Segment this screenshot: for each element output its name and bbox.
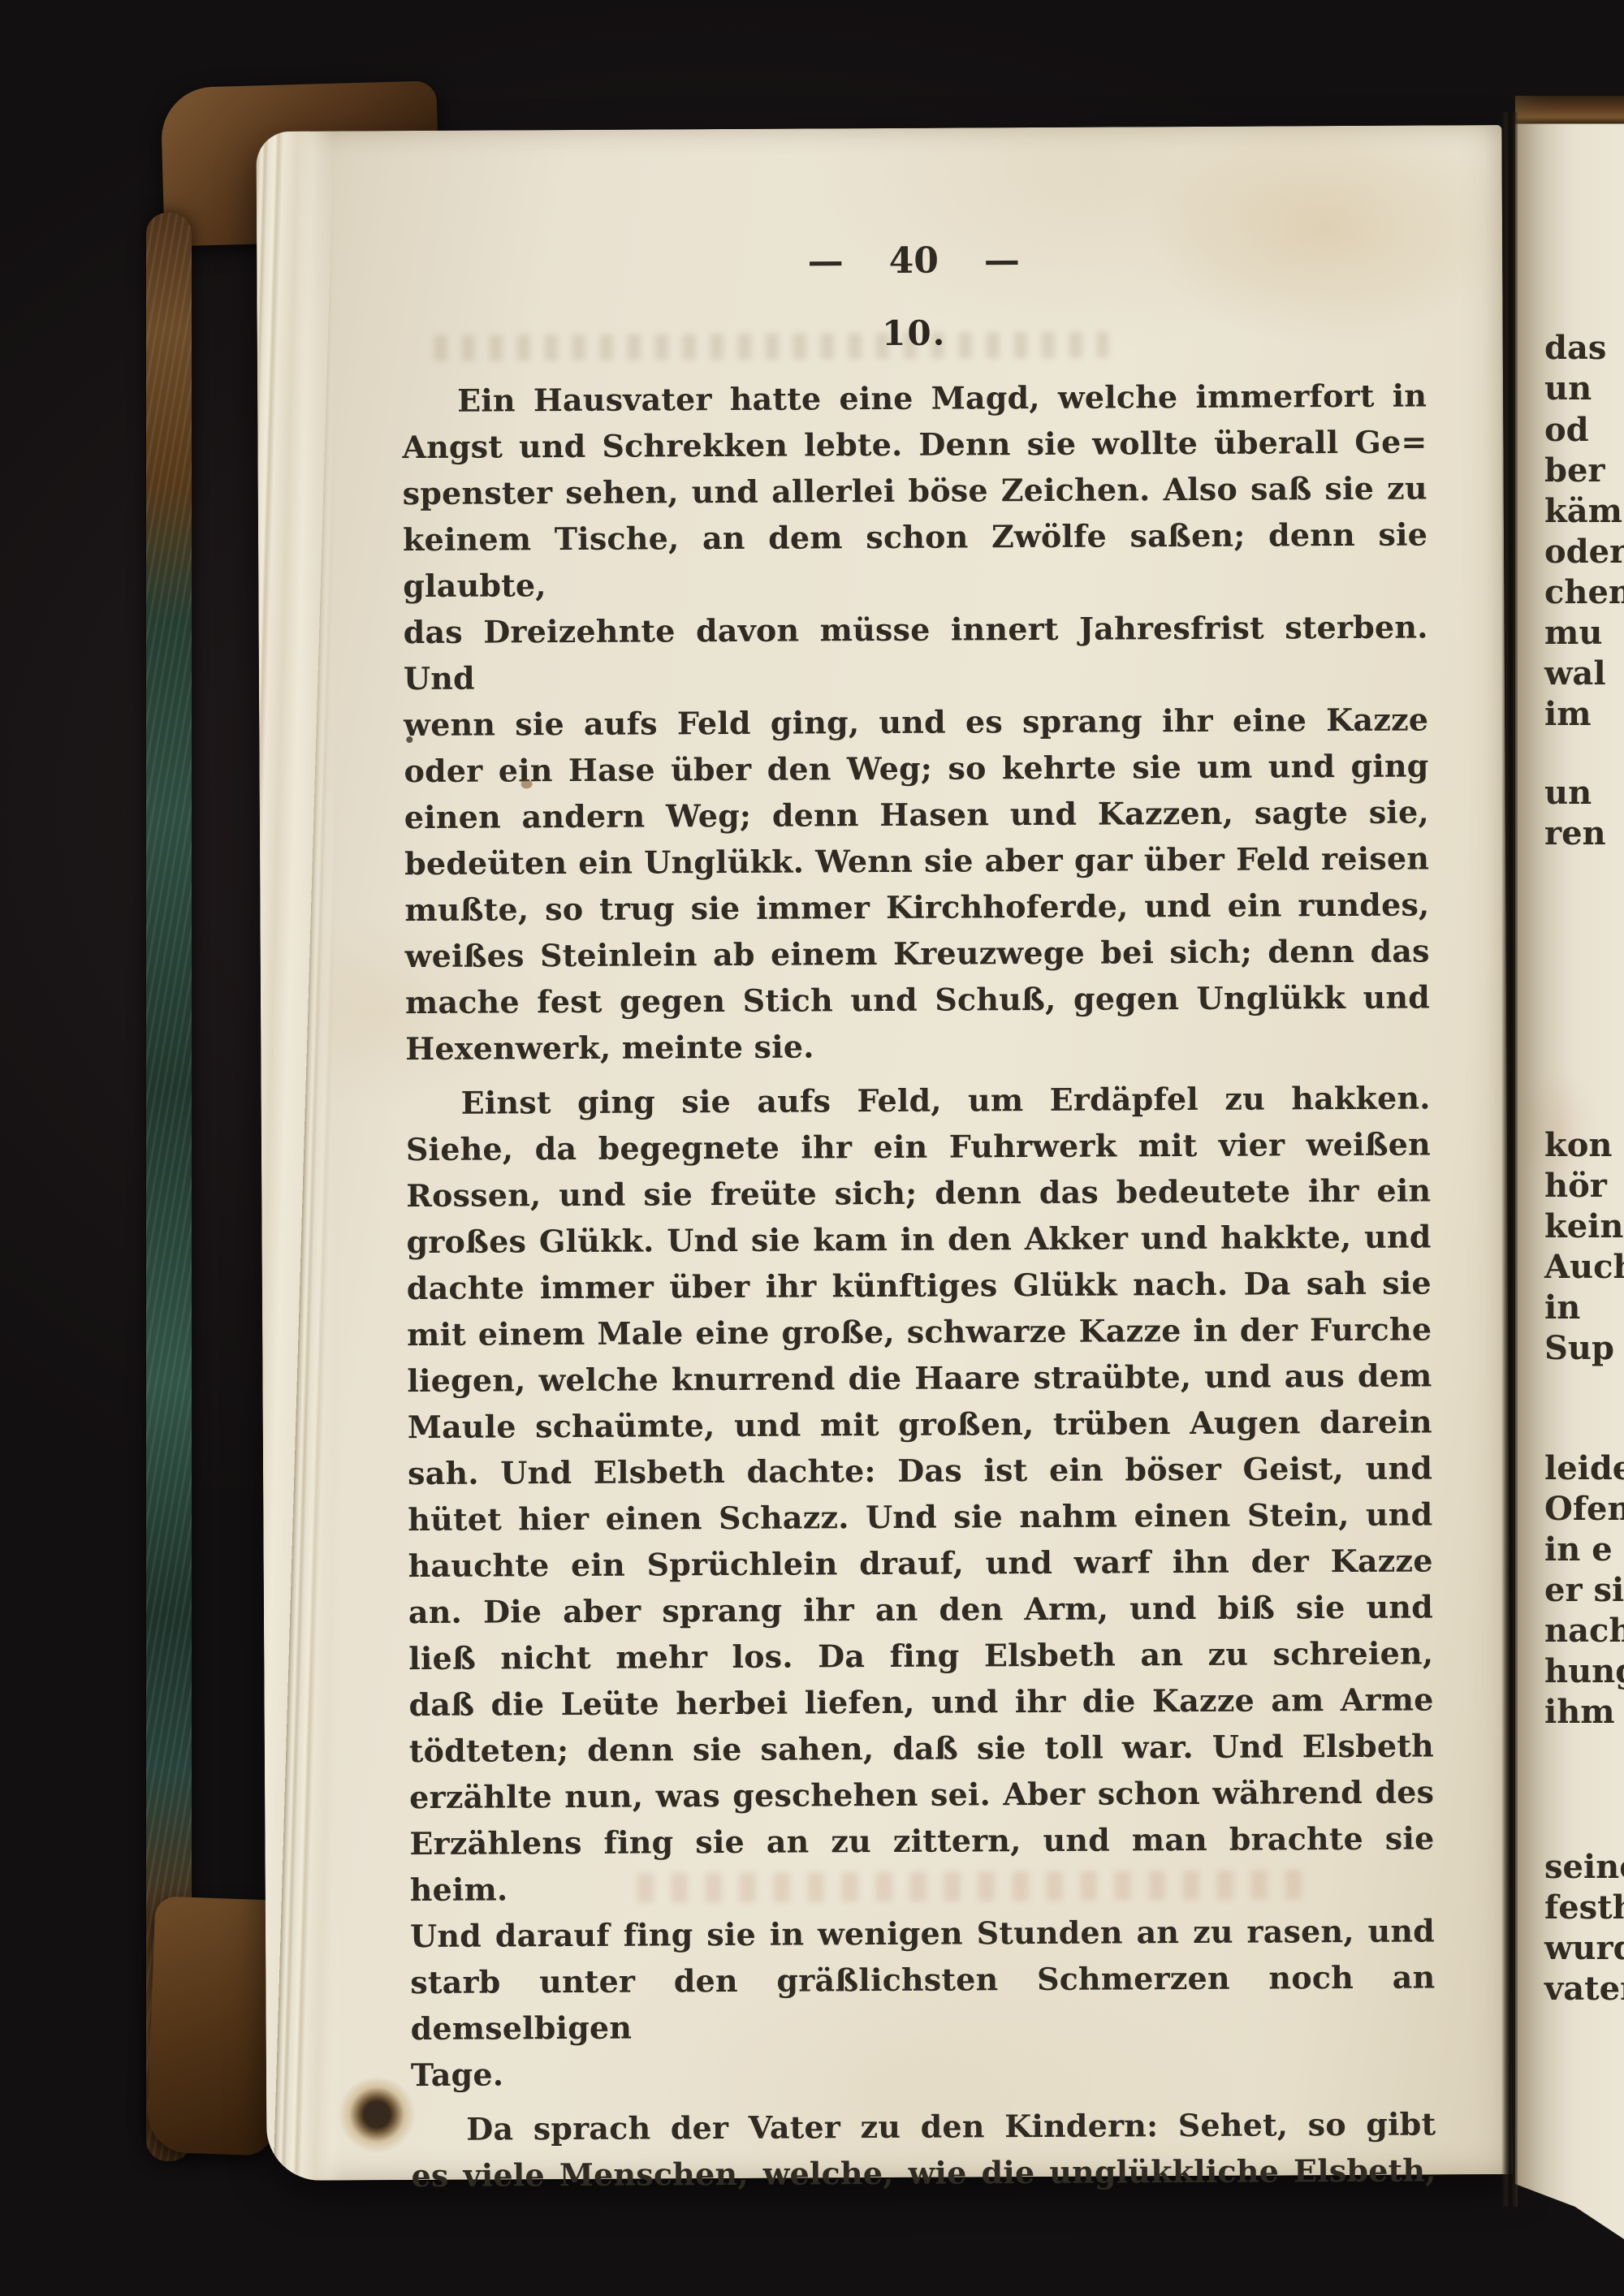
facing-page-line-fragment: hung	[1544, 1649, 1624, 1694]
body-text-block: Ein Hausvater hatte eine Magd, welche im…	[402, 372, 1436, 2199]
text-line: tödteten; denn sie sahen, daß sie toll w…	[409, 1722, 1434, 1774]
facing-page-line-fragment: er si	[1544, 1568, 1624, 1613]
facing-page-line-fragment: das	[1544, 326, 1606, 371]
text-line: liegen, welche knurrend die Haare straüb…	[407, 1352, 1432, 1404]
facing-page-line-fragment: ber	[1544, 448, 1605, 494]
facing-page-line-fragment: un	[1544, 770, 1592, 816]
text-line: Rossen, und sie freüte sich; denn das be…	[406, 1167, 1431, 1219]
text-line: keinem Tische, an dem schon Zwölfe saßen…	[403, 511, 1428, 609]
page-number-dash-right: —	[984, 240, 1020, 281]
facing-page-line-fragment: wurd	[1544, 1926, 1624, 1971]
text-line: oder ein Hase über den Weg; so kehrte si…	[404, 742, 1428, 794]
facing-page-line-fragment: in	[1544, 1285, 1580, 1331]
text-line: an. Die aber sprang ihr an den Arm, und …	[408, 1583, 1433, 1635]
facing-page-line-fragment: vater	[1544, 1966, 1624, 2012]
text-line: Tage.	[411, 2046, 1436, 2098]
text-line: es viele Menschen, welche, wie die unglü…	[411, 2147, 1436, 2199]
text-line: Siehe, da begegnete ihr ein Fuhrwerk mit…	[406, 1120, 1431, 1172]
facing-page-line-fragment: hör	[1544, 1163, 1607, 1209]
text-line: das Dreizehnte davon müsse innert Jahres…	[403, 603, 1428, 701]
facing-page-line-fragment: wal	[1544, 651, 1606, 697]
facing-page-line-fragment: kon	[1544, 1123, 1612, 1168]
text-line: weißes Steinlein ab einem Kreuzwege bei …	[405, 927, 1430, 979]
page-gutter-shadow	[1501, 112, 1518, 2207]
text-line: einen andern Weg; denn Hasen und Kazzen,…	[404, 788, 1429, 840]
facing-page-line-fragment: Sup	[1544, 1326, 1614, 1371]
facing-page-line-fragment: mu	[1544, 611, 1602, 656]
book-page-right-sliver: dasunodberkämoderchenmuwalimunrenkonhörk…	[1515, 96, 1624, 2296]
facing-page-line-fragment: festh	[1544, 1885, 1624, 1931]
text-line: bedeüten ein Unglükk. Wenn sie aber gar …	[404, 835, 1429, 887]
text-line: wenn sie aufs Feld ging, und es sprang i…	[404, 696, 1428, 748]
facing-page-line-fragment: leide	[1544, 1446, 1624, 1491]
text-line: großes Glükk. Und sie kam in den Akker u…	[406, 1213, 1431, 1265]
ink-blot	[336, 2078, 417, 2155]
text-line: hütet hier einen Schazz. Und sie nahm ei…	[408, 1491, 1432, 1543]
page-edge-stack	[256, 132, 344, 2181]
text-line: sah. Und Elsbeth dachte: Das ist ein bös…	[408, 1444, 1432, 1496]
facing-page-line-fragment: chen	[1544, 570, 1624, 615]
book-scan-photo: — 40 — 10. Ein Hausvater hatte eine Magd…	[0, 0, 1624, 2296]
facing-page-line-fragment: in e	[1544, 1527, 1613, 1573]
facing-page-line-fragment: od	[1544, 408, 1589, 453]
facing-page-line-fragment: Auch	[1544, 1245, 1624, 1290]
text-line: Einst ging sie aufs Feld, um Erdäpfel zu…	[406, 1074, 1431, 1126]
facing-page-line-fragment: kein	[1544, 1204, 1623, 1249]
page-number-row: — 40 —	[401, 234, 1426, 287]
text-line: spenster sehen, und allerlei böse Zeiche…	[403, 464, 1427, 516]
text-line: Maule schaümte, und mit großen, trüben A…	[408, 1398, 1432, 1450]
text-line: daß die Leüte herbei liefen, und ihr die…	[408, 1676, 1433, 1728]
facing-page-line-fragment: Ofen	[1544, 1487, 1624, 1532]
book-page-left: — 40 — 10. Ein Hausvater hatte eine Magd…	[256, 125, 1512, 2181]
facing-page-line-fragment: käm	[1544, 489, 1622, 534]
text-line: Da sprach der Vater zu den Kindern: Sehe…	[411, 2100, 1436, 2152]
text-line: starb unter den gräßlichsten Schmerzen n…	[410, 1953, 1436, 2052]
paper-stain	[521, 779, 533, 788]
leather-cover-corner-bottom-left	[147, 1896, 282, 2156]
text-line: erzählte nun, was geschehen sei. Aber sc…	[409, 1768, 1434, 1820]
facing-page-line-fragment: ihm	[1544, 1690, 1615, 1735]
text-line: mit einem Male eine große, schwarze Kazz…	[407, 1306, 1432, 1357]
text-line: mache fest gegen Stich und Schuß, gegen …	[405, 973, 1430, 1025]
marbled-cover-edge-strip	[146, 213, 192, 2161]
text-line: Erzählens fing sie an zu zittern, und ma…	[409, 1815, 1435, 1913]
text-line: Hexenwerk, meinte sie.	[405, 1020, 1430, 1072]
section-number-heading: 10.	[402, 310, 1427, 356]
page-number: 40	[888, 240, 939, 281]
text-line: Angst und Schrekken lebte. Denn sie woll…	[402, 418, 1427, 470]
text-line: dachte immer über ihr künftiges Glükk na…	[407, 1259, 1432, 1311]
facing-page-line-fragment: im	[1544, 692, 1592, 737]
facing-page-line-fragment: ren	[1544, 811, 1606, 857]
text-line: mußte, so trug sie immer Kirchhoferde, u…	[404, 881, 1429, 933]
facing-page-line-fragment: nach	[1544, 1608, 1624, 1654]
margin-ink-speck	[406, 736, 412, 743]
text-line: hauchte ein Sprüchlein drauf, und warf i…	[408, 1537, 1433, 1589]
facing-page-line-fragment: oder	[1544, 529, 1624, 575]
facing-page-line-fragment: seine	[1544, 1845, 1624, 1890]
text-line: ließ nicht mehr los. Da fing Elsbeth an …	[408, 1629, 1433, 1681]
text-line: Ein Hausvater hatte eine Magd, welche im…	[402, 372, 1427, 424]
page-number-dash-left: —	[807, 240, 843, 282]
text-line: Und darauf fing sie in wenigen Stunden a…	[410, 1907, 1435, 1959]
facing-page-line-fragment: un	[1544, 366, 1592, 412]
